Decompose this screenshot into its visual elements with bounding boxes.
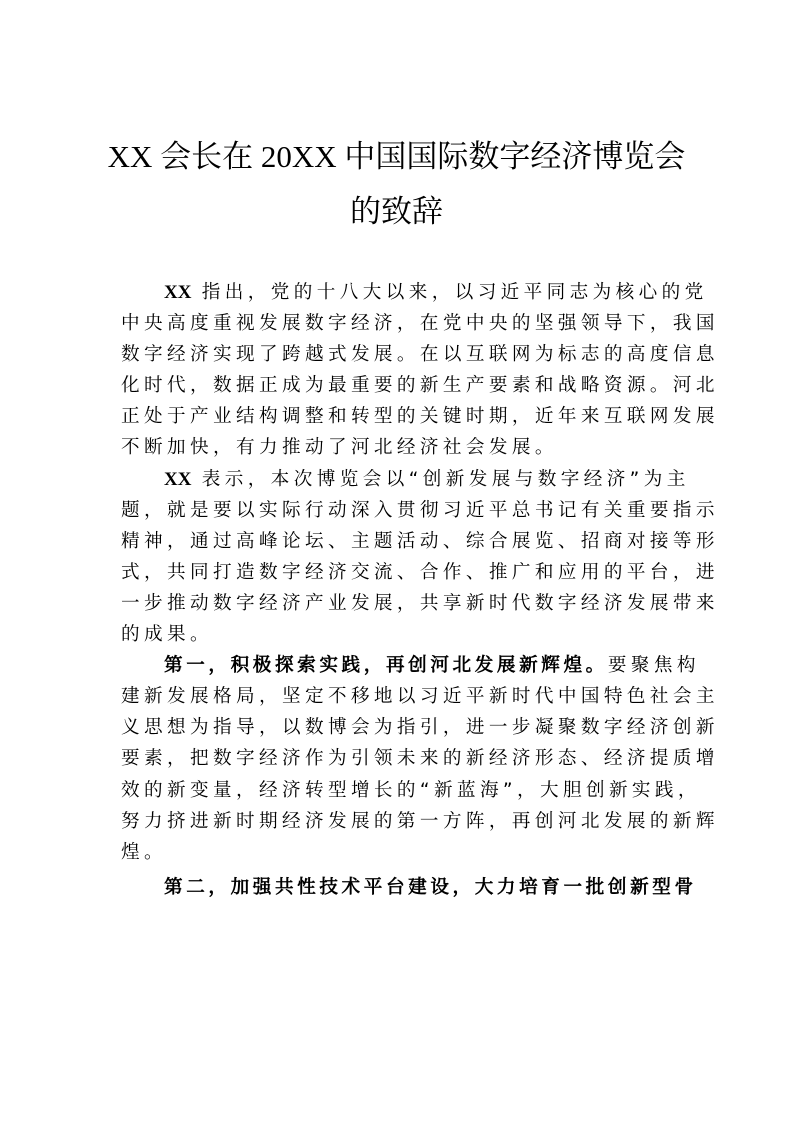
- text-line: 化时代，数据正成为最重要的新生产要素和战略资源。河北: [121, 370, 673, 401]
- text-line: 煌。: [121, 837, 673, 868]
- document-body: XX 指出，党的十八大以来，以习近平同志为核心的党 中央高度重视发展数字经济，在…: [121, 277, 673, 903]
- text-line: 精神，通过高峰论坛、主题活动、综合展览、招商对接等形: [121, 526, 673, 557]
- text-line: XX 指出，党的十八大以来，以习近平同志为核心的党: [121, 277, 673, 308]
- speaker-name: XX: [164, 469, 191, 490]
- document-page: XX 会长在 20XX 中国国际数字经济博览会 的致辞 XX 指出，党的十八大以…: [0, 0, 793, 1122]
- text-line: 中央高度重视发展数字经济，在党中央的坚强领导下，我国: [121, 308, 673, 339]
- text-line: 式，共同打造数字经济交流、合作、推广和应用的平台，进: [121, 557, 673, 588]
- text-line: XX 表示，本次博览会以“创新发展与数字经济”为主: [121, 464, 673, 495]
- text-line: 一步推动数字经济产业发展，共享新时代数字经济发展带来: [121, 588, 673, 619]
- paragraph-2: XX 表示，本次博览会以“创新发展与数字经济”为主 题，就是要以实际行动深入贯彻…: [121, 464, 673, 651]
- text-line: 不断加快，有力推动了河北经济社会发展。: [121, 432, 673, 463]
- document-title-line-2: 的致辞: [100, 196, 693, 227]
- text-line: 努力挤进新时期经济发展的第一方阵，再创河北发展的新辉: [121, 806, 673, 837]
- section-heading-1: 第一，积极探索实践，再创河北发展新辉煌。: [164, 655, 608, 676]
- text-line: 建新发展格局，坚定不移地以习近平新时代中国特色社会主: [121, 681, 673, 712]
- section-heading-2: 第二，加强共性技术平台建设，大力培育一批创新型骨: [164, 877, 697, 898]
- text-line: 第二，加强共性技术平台建设，大力培育一批创新型骨: [121, 872, 673, 903]
- text-line: 第一，积极探索实践，再创河北发展新辉煌。要聚焦构: [121, 650, 673, 681]
- text-line: 题，就是要以实际行动深入贯彻习近平总书记有关重要指示: [121, 495, 673, 526]
- text-line: 义思想为指导，以数博会为指引，进一步凝聚数字经济创新: [121, 712, 673, 743]
- paragraph-3: 第一，积极探索实践，再创河北发展新辉煌。要聚焦构 建新发展格局，坚定不移地以习近…: [121, 650, 673, 868]
- text-line: 要素，把数字经济作为引领未来的新经济形态、经济提质增: [121, 743, 673, 774]
- text-line: 数字经济实现了跨越式发展。在以互联网为标志的高度信息: [121, 339, 673, 370]
- document-title-line-1: XX 会长在 20XX 中国国际数字经济博览会: [100, 141, 693, 172]
- text-line: 效的新变量，经济转型增长的“新蓝海”，大胆创新实践，: [121, 775, 673, 806]
- speaker-name: XX: [164, 282, 191, 303]
- text-line: 正处于产业结构调整和转型的关键时期，近年来互联网发展: [121, 401, 673, 432]
- paragraph-4: 第二，加强共性技术平台建设，大力培育一批创新型骨: [121, 872, 673, 903]
- paragraph-1: XX 指出，党的十八大以来，以习近平同志为核心的党 中央高度重视发展数字经济，在…: [121, 277, 673, 464]
- text-line: 的成果。: [121, 619, 673, 650]
